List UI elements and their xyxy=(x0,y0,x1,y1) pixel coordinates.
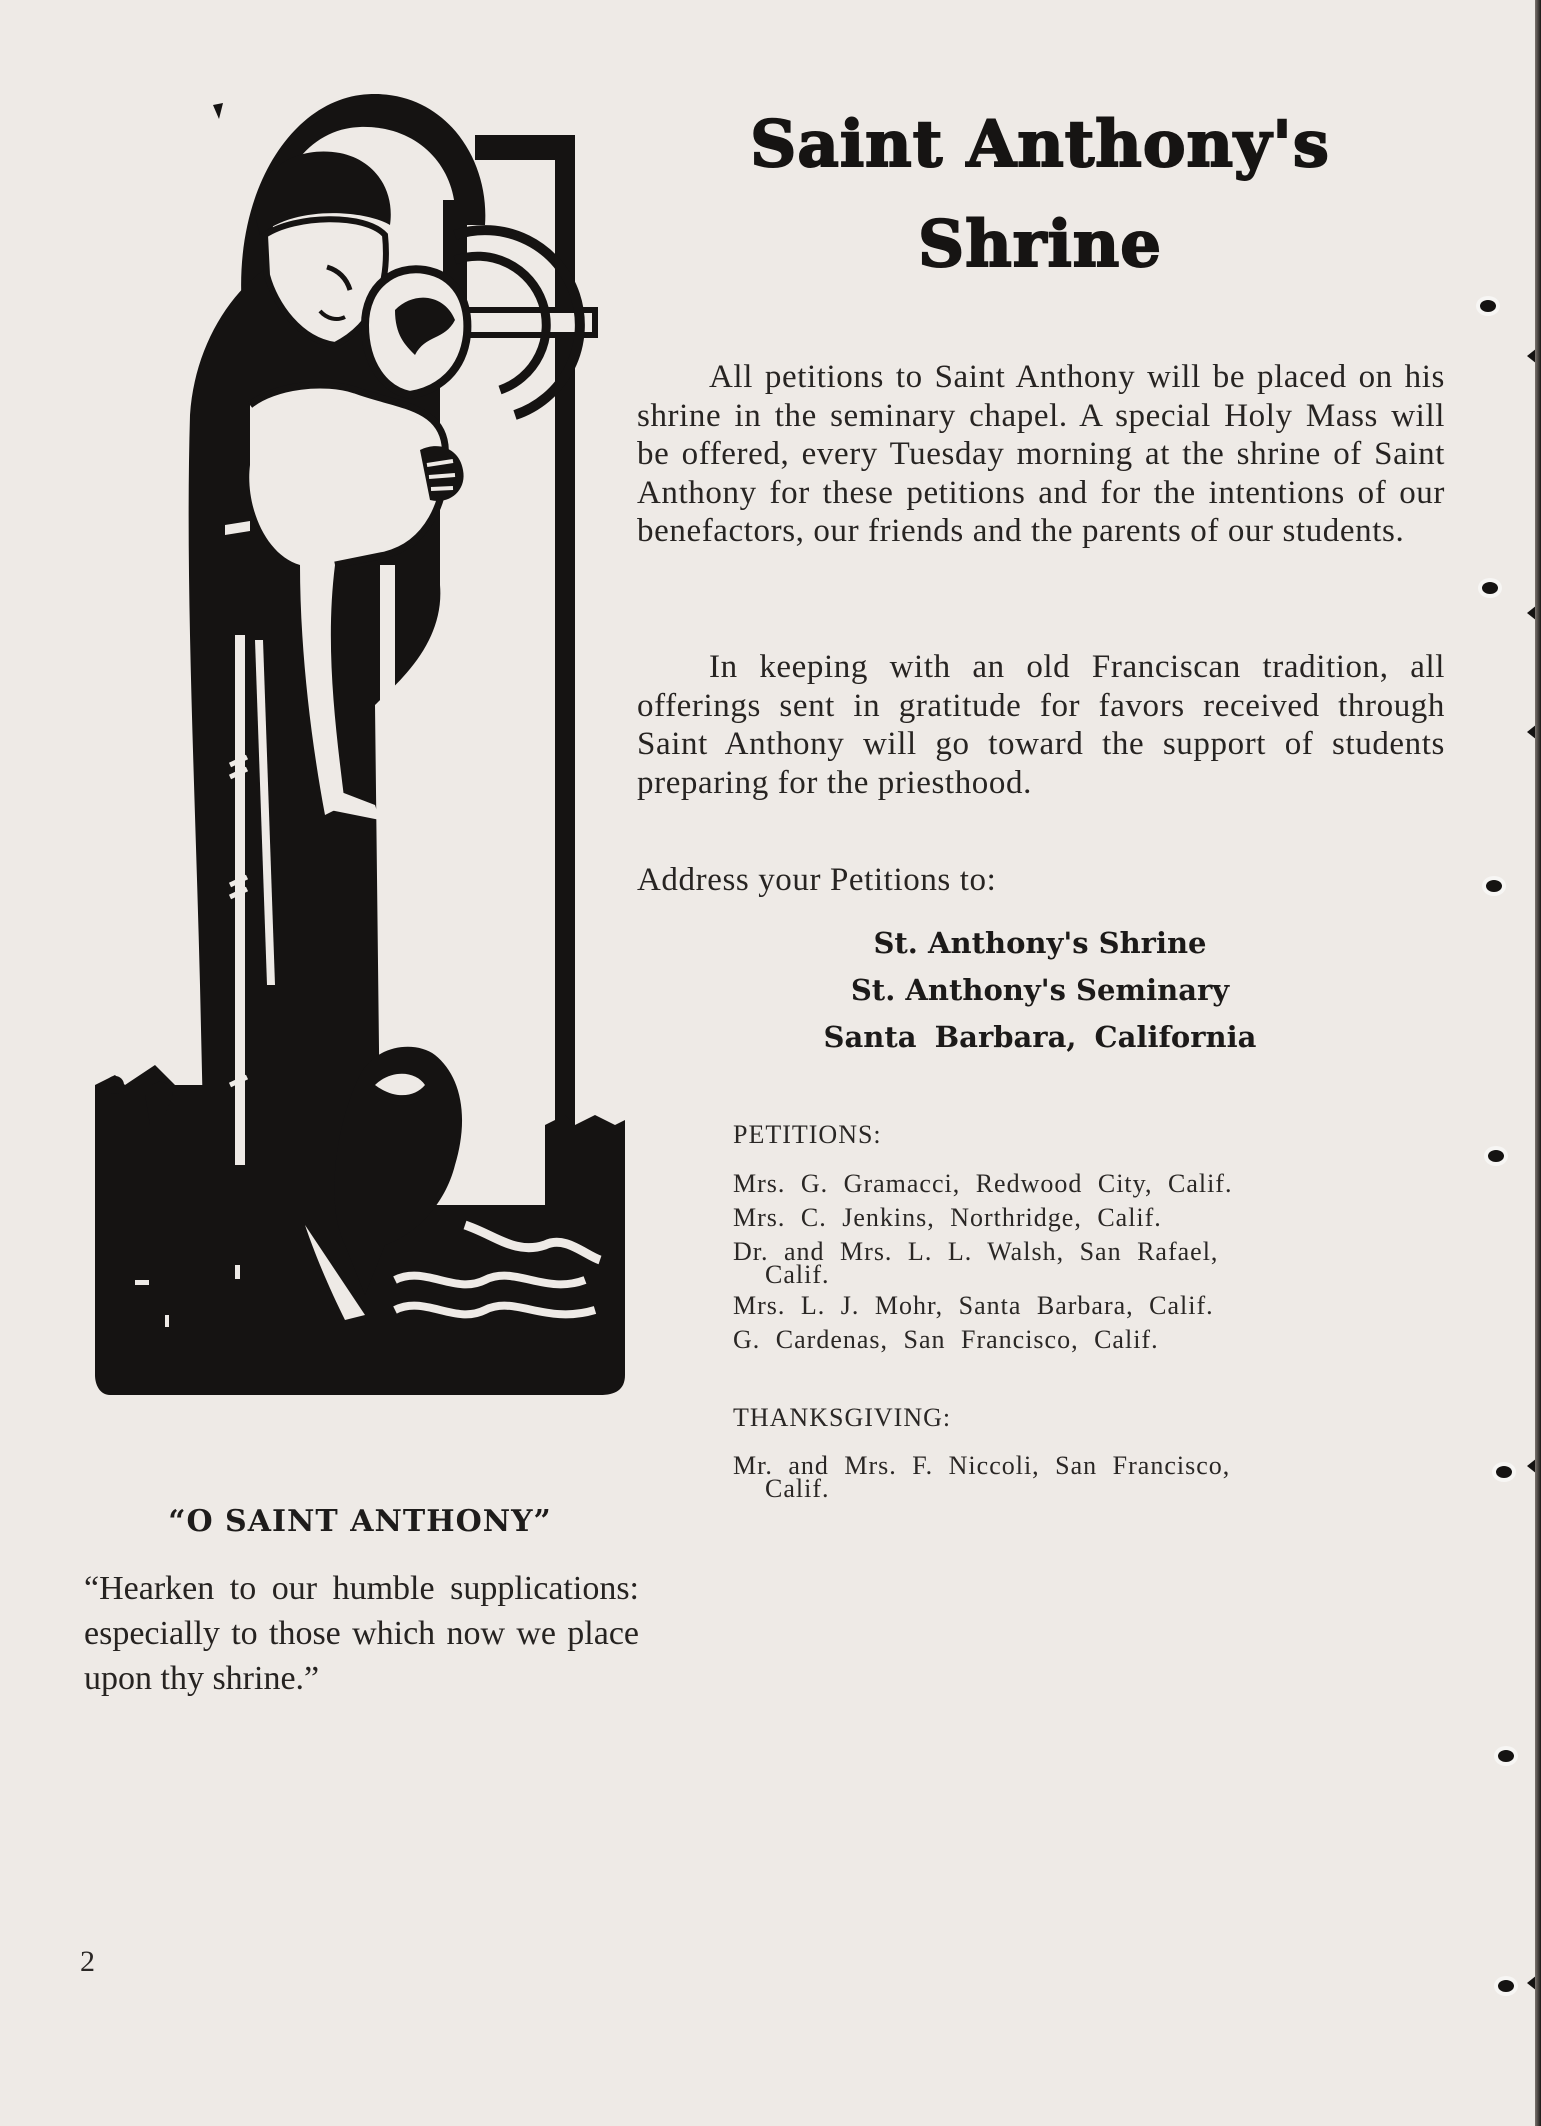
list-item: G. Cardenas, San Francisco, Calif. xyxy=(733,1326,1393,1353)
page-edge xyxy=(1535,0,1541,2126)
binding-hole-icon xyxy=(1486,880,1502,892)
petitions-list: Mrs. G. Gramacci, Redwood City, Calif. M… xyxy=(733,1170,1393,1360)
thanksgiving-list: Mr. and Mrs. F. Niccoli, San Francisco, … xyxy=(733,1452,1393,1506)
entry-continuation: Calif. xyxy=(733,1265,1393,1285)
address-line-1: St. Anthony's Shrine xyxy=(700,920,1380,967)
page-number: 2 xyxy=(80,1945,95,1979)
entry-text: Mrs. G. Gramacci, Redwood City, Calif. xyxy=(733,1169,1232,1198)
body-paragraph-2: In keeping with an old Franciscan tradit… xyxy=(637,648,1445,802)
binding-hole-icon xyxy=(1488,1150,1504,1162)
list-item: Mrs. L. J. Mohr, Santa Barbara, Calif. xyxy=(733,1292,1393,1319)
paragraph-text: In keeping with an old Franciscan tradit… xyxy=(637,648,1445,802)
caption-prayer: “Hearken to our humble supplications: es… xyxy=(84,1566,639,1701)
mailing-address: St. Anthony's Shrine St. Anthony's Semin… xyxy=(700,920,1380,1061)
list-item: Mrs. C. Jenkins, Northridge, Calif. xyxy=(733,1204,1393,1231)
binding-hole-icon xyxy=(1480,300,1496,312)
binding-hole-icon xyxy=(1496,1466,1512,1478)
page-title: Saint Anthony's Shrine xyxy=(640,95,1440,295)
address-line-2: St. Anthony's Seminary xyxy=(700,967,1380,1014)
body-paragraph-1: All petitions to Saint Anthony will be p… xyxy=(637,358,1445,551)
binding-hole-icon xyxy=(1482,582,1498,594)
address-line-3: Santa Barbara, California xyxy=(700,1014,1380,1061)
list-item: Mr. and Mrs. F. Niccoli, San Francisco, … xyxy=(733,1452,1393,1499)
binding-hole-icon xyxy=(1498,1750,1514,1762)
paragraph-text: All petitions to Saint Anthony will be p… xyxy=(637,358,1445,551)
entry-text: G. Cardenas, San Francisco, Calif. xyxy=(733,1325,1159,1354)
entry-continuation: Calif. xyxy=(733,1479,1393,1499)
thanksgiving-heading: THANKSGIVING: xyxy=(733,1403,951,1433)
entry-text: Mrs. L. J. Mohr, Santa Barbara, Calif. xyxy=(733,1291,1214,1320)
petitions-heading: PETITIONS: xyxy=(733,1120,882,1150)
list-item: Mrs. G. Gramacci, Redwood City, Calif. xyxy=(733,1170,1393,1197)
title-line-2: Shrine xyxy=(640,195,1440,295)
address-lead-text: Address your Petitions to: xyxy=(637,862,996,899)
document-page: “O SAINT ANTHONY” “Hearken to our humble… xyxy=(0,0,1541,2126)
saint-anthony-woodcut-icon xyxy=(95,85,625,1475)
binding-hole-icon xyxy=(1498,1980,1514,1992)
entry-text: Mrs. C. Jenkins, Northridge, Calif. xyxy=(733,1203,1162,1232)
caption-title: “O SAINT ANTHONY” xyxy=(80,1504,640,1539)
title-line-1: Saint Anthony's xyxy=(640,95,1440,195)
list-item: Dr. and Mrs. L. L. Walsh, San Rafael, Ca… xyxy=(733,1238,1393,1285)
